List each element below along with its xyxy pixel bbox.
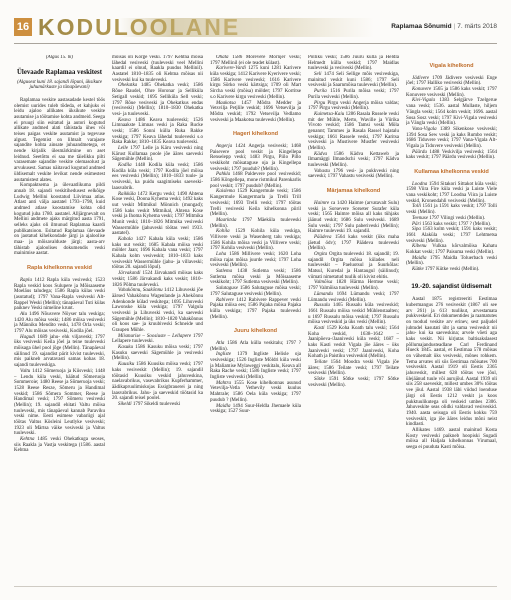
mill-entry: Raikküla 1472 Kergu veski; 1490 Ahtena K…: [112, 192, 203, 238]
place-name: Vahastu: [314, 169, 333, 174]
mill-entry: Lümandu 1694 Lümandu veski; 1797 Lümandu…: [308, 292, 399, 303]
mill-entry: Salutaguse 1586 Salutaguse mõisa veski; …: [210, 286, 301, 297]
place-name: Kibenu: [412, 244, 432, 249]
text-column-1: (Algus 15. lk)Ülevaade Raplamaa veskites…: [14, 55, 105, 583]
text-column-4: Põlliku veski; 1586 Juuru külla ja Heldl…: [308, 55, 399, 583]
place-name: Kodila: [118, 163, 135, 168]
place-name: Salutaguse: [216, 286, 240, 291]
section-heading: Kullamaa kihelkonna veskid: [406, 169, 497, 176]
mill-entry: Loha 1586 Millivere veski; 1620 Loha mõi…: [210, 252, 301, 269]
mill-entry: Kibenu Vulkna kõrvalmõisa Kahatu Kokkat …: [406, 244, 497, 255]
place-name: Loha: [216, 252, 229, 257]
place-name: Haimre: [314, 201, 331, 206]
mill-entry: Päärdu 1488 Veskivilja vesiveski; 1564 k…: [406, 150, 497, 161]
place-name: Ingliste: [216, 352, 237, 357]
place-name: Seli: [314, 72, 324, 77]
place-name: Purila: [314, 89, 330, 94]
place-name: Maidla: [216, 404, 233, 409]
place-name: Sikeldi: [118, 402, 133, 407]
place-name: Konuvere: [412, 87, 433, 92]
mill-entry: Ohata 1586 Morevere Mornjer veski; 1797 …: [210, 55, 301, 66]
place-name: Pirgu: [314, 101, 327, 106]
mill-entry: Valtu 1412 Sõmeruoja ja Kiisveski; 1448 …: [14, 369, 105, 437]
footer-divider: [14, 586, 497, 587]
mill-entry: Lelle 1797 Lelle ja Käru vesiveski ning …: [112, 146, 203, 163]
mill-entry: Orgita Orgita tuuleveski 18. sajandil; 1…: [308, 252, 399, 280]
mill-entry: Kädva 1586 Kädva Kettaweb ja Ilmamäggi I…: [308, 152, 399, 169]
mill-entry: Pahkla 1468 Paldevere pool vesiveskid; 1…: [210, 172, 301, 189]
place-name: Kuusiku: [118, 362, 136, 367]
place-name: Miismurise – Soosiuste – Lellapere: [118, 334, 193, 339]
mill-entry: Hagudi 1689 jahu- ehk viljaveski; 1797 ü…: [14, 335, 105, 369]
place-name: Teilate: [314, 360, 331, 365]
mill-entry: Valmõisa 1820 Härma Hermse veski; 1797 V…: [308, 280, 399, 291]
mill-entry: Kasti 1529 Koha Koath talu veski; 1564 K…: [308, 326, 399, 360]
mill-entry: Alu 1496 Nõusvere Nöyser talu veskiga; 1…: [14, 312, 105, 335]
place-name: Keava: [118, 118, 135, 123]
mill-entry: Maidla 1494 Suur-Heldla Jhemaele küla ve…: [210, 404, 301, 415]
place-name: Kasti: [314, 326, 327, 331]
place-name: Sutlema: [216, 269, 237, 274]
place-name: Loodna: [412, 182, 429, 187]
edition-name: Raplamaa Sõnumid: [391, 23, 451, 30]
mill-entry: Jädivere 1709 Jädivere vesiveski Enge jõ…: [406, 76, 497, 87]
paragraph: Kompaktsema ja ülevaatlikuma pildi annab…: [14, 183, 105, 257]
mill-entry: Seli 1474 Seli Sellige mõis vesiveskiga,…: [308, 72, 399, 89]
place-name: Sipa: [412, 227, 423, 232]
mill-entry: Atla 1586 Atla külla veskitalu; 1797 ? (…: [210, 341, 301, 352]
mill-entry: Kuusiku 1586 Kuusiku mõisa veski; 1797 k…: [112, 362, 203, 402]
place-name: Alu: [20, 312, 29, 317]
place-name: Orgita: [314, 252, 329, 257]
place-name: Atla: [216, 341, 227, 346]
place-name: Tolli: [412, 204, 423, 209]
mill-entry: Kaislema 1529 Kangermule veski; 1586 Kan…: [210, 189, 301, 217]
mill-entry: Maidla 1795 Maidla Toluerbach veski (Mel…: [406, 256, 497, 267]
place-name: Päärdu: [412, 150, 429, 155]
mill-entry: Konuvere 1565 ja 1586 kaks veskit; 1797 …: [406, 87, 497, 98]
place-name: Valmõisa: [314, 280, 336, 285]
mill-entry: Kivi-Vigala 1383 Selgjärve Tzelgerue van…: [406, 98, 497, 126]
mill-entry: Purila 1516 Purila mõisa veski; 1797 Pur…: [308, 89, 399, 100]
text-column-5: Vigala kihelkondJädivere 1709 Jädivere v…: [406, 55, 497, 583]
place-name: Jädivere: [412, 76, 432, 81]
place-name: Lelle: [118, 146, 130, 151]
place-name: Valtu: [20, 369, 32, 374]
mill-entry: Maarktsla 1797 Mäeküla tuuleveski (Melli…: [210, 218, 301, 229]
mill-entry: Ohekatka 1485 Ohekatka veski; 1586 Rõue …: [112, 83, 203, 117]
mill-entry: Kehtna 1485 veski Ohekatkuga seoses, sii…: [14, 437, 105, 454]
paragraph: mõisas oli Kõrge veski. 1797 Kehtna mõis…: [112, 55, 203, 83]
place-name: Karivere-Vardi: [216, 66, 248, 71]
page-number-badge: 16: [14, 18, 32, 36]
article-columns: (Algus 15. lk)Ülevaade Raplamaa veskites…: [14, 55, 497, 583]
place-name: Kütke: [412, 267, 425, 272]
mill-entry: Vahakõnnu, Saakõnnu 1412 Lihuveski jõe ä…: [112, 288, 203, 334]
mill-entry: Sutlema 1438 Sutlema veski; 1586 Sutlema…: [210, 269, 301, 286]
mill-entry: Haimre ca 1420 Haimre (arvatavalt Sulu) …: [308, 201, 399, 235]
mill-entry: Angerja 1424 Angerja vesiveski; 1468 Pai…: [210, 144, 301, 172]
mill-entry: Kohila 1529 Kohila küla veskiga, Villive…: [210, 229, 301, 252]
mill-entry: Rabivere 1412 Rabivere Rappever veski Pa…: [210, 298, 301, 321]
section-heading: Juuru kihelkond: [210, 328, 301, 335]
article-subtitle: (Algusest kuni 18. sajandi lõpuni, üksik…: [14, 80, 105, 91]
mill-entry: Teilate 1564 Moodra veski Vigala jõe äär…: [308, 360, 399, 377]
place-name: Maakotsa: [216, 101, 241, 106]
section-heading: Hageri kihelkond: [210, 131, 301, 138]
mill-entry: Keava 1486 Keava tuuleveski; 1526 Limnaa…: [112, 118, 203, 146]
masthead-title: KODULOOLANE: [38, 14, 240, 41]
mill-entry: Sikeldi 1797 Sikeldi tuuleveski: [112, 402, 203, 408]
mill-entry: Loodna 1594 Sitakori Sittakot küla veski…: [406, 182, 497, 205]
edition-date: 7. märts 2018: [457, 23, 497, 30]
text-column-2: mõisas oli Kõrge veski. 1797 Kehtna mõis…: [112, 55, 203, 583]
place-name: Sõtke: [314, 377, 329, 382]
edition-separator: |: [454, 23, 456, 30]
place-name: Russalu: [314, 303, 333, 308]
mill-entry: Mahtra 1555 Kose kihelkonnas asunud Vete…: [210, 381, 301, 404]
place-name: Kädva: [314, 152, 334, 157]
mill-entry: Maakotsa 1457 Mõdra Medder ja Vetsvilja …: [210, 101, 301, 124]
place-name: Kasuku: [118, 345, 135, 350]
text-column-3: Ohata 1586 Morevere Mornjer veski; 1797 …: [210, 55, 301, 583]
place-name: Kohila: [216, 229, 235, 234]
place-name: Päri: [412, 222, 422, 227]
place-name: Angerja: [216, 144, 235, 149]
mill-entry: Kabala 1427 Kabala küla veski; 1586 kaks…: [112, 237, 203, 271]
page-header: 16 KODULOOLANE Raplamaa Sõnumid|7. märts…: [14, 17, 497, 41]
header-divider: [14, 43, 497, 44]
mill-entry: Russalu 1465 Russalu küla vesiveskid; 16…: [308, 303, 399, 326]
mill-entry: Sipa 1563 kolm veskit; 1591 kaks veskit;…: [406, 227, 497, 244]
place-name: Järvakandi: [118, 271, 142, 276]
edition-info: Raplamaa Sõnumid|7. märts 2018: [391, 23, 497, 30]
article-title: Ülevaade Raplamaa veskitest: [14, 69, 105, 77]
mill-entry: Kodila 1448 Kodila küla veski; 1586 Kodi…: [112, 163, 203, 191]
section-heading: Rapla kihelkonna veskid: [14, 265, 105, 272]
mill-entry: Miismurise – Soosiuste – Lellapere 1797 …: [112, 334, 203, 345]
place-name: Rabivere: [216, 298, 236, 303]
mill-entry: Sõtke 1591 Sõtke veski; 1797 Sõtke vesiv…: [308, 377, 399, 388]
section-heading: Märjamaa kihelkond: [308, 188, 399, 195]
newspaper-page: 16 KODULOOLANE Raplamaa Sõnumid|7. märts…: [0, 0, 511, 600]
place-name: Lümandu: [314, 292, 337, 297]
mill-entry: Pirgu Pirgu veski Angerja mõisa valdas; …: [308, 101, 399, 112]
place-name: Ohata: [216, 55, 232, 60]
place-name: Ohekatka: [118, 83, 141, 88]
mill-entry: Ingliste 1379 Ingliste Helisle oja vesiv…: [210, 352, 301, 380]
place-name: Kuimetsa-Kaiu: [314, 112, 346, 117]
mill-entry: Rapla 1412 Rapla küla vesiveski; 1523 Ra…: [14, 278, 105, 312]
section-heading: Vigala kihelkond: [406, 63, 497, 70]
place-name: Vahakõnnu, Saakõnnu: [118, 288, 164, 293]
place-name: Pahkla: [216, 172, 233, 177]
paragraph: Allikates 1469. aastal mainitud Kosta Ko…: [406, 428, 497, 451]
mill-entry: Kuimetsa-Kaiu 1286 Rasala Russele veski …: [308, 112, 399, 152]
mill-entry: Vahastu 1796 vesi- ja pukkveski ning sae…: [308, 169, 399, 180]
place-name: Kehtna: [20, 437, 37, 442]
continuation-note: (Algus 15. lk): [14, 55, 105, 61]
mill-entry: Vana-Vigala 1389 Sikenkose vesiveski; 13…: [406, 127, 497, 150]
mill-entry: Tolli 1561 ja 1591 kaks veskit; 1797 Tol…: [406, 204, 497, 215]
mill-entry: Karivere-Vardi 1275 kuni 1281 Karivere k…: [210, 66, 301, 100]
place-name: Hagudi: [20, 335, 37, 340]
place-name: Vana-Vigala: [412, 127, 440, 132]
paragraph: Aastal 1875 registreeriti Eestimaa kuber…: [406, 297, 497, 428]
mill-entry: Päädeva 1564 kaks veskit (üks maha jäetu…: [308, 235, 399, 252]
place-name: Kivi-Vigala: [412, 98, 439, 103]
paragraph: Põlliku veski; 1586 Juuru külla ja Heldl…: [308, 55, 399, 72]
place-name: Mahtra: [216, 381, 234, 386]
paragraph: Raplamaa veskite aastasadade kestel töös…: [14, 98, 105, 183]
place-name: Kabala: [118, 237, 136, 242]
place-name: Teenuse: [412, 216, 429, 221]
section-heading: 19.-20. sajandist üldisemalt: [406, 283, 497, 290]
mill-entry: Järvakandi 1524 Järvakandi mõisas kaks v…: [112, 271, 203, 288]
place-name: Maidla: [412, 256, 430, 261]
place-name: Rapla: [20, 278, 35, 283]
mill-entry: Kütke 1797 Kütke veski (Mellin).: [406, 267, 497, 273]
mill-entry: Kasuku 1586 Kasuku mõisa veski; 1797 Kas…: [112, 345, 203, 362]
place-name: Kaislema: [216, 189, 237, 194]
place-name: Raikküla: [118, 192, 138, 197]
place-name: Maarktsla: [216, 218, 242, 223]
place-name: Päädeva: [314, 235, 335, 240]
